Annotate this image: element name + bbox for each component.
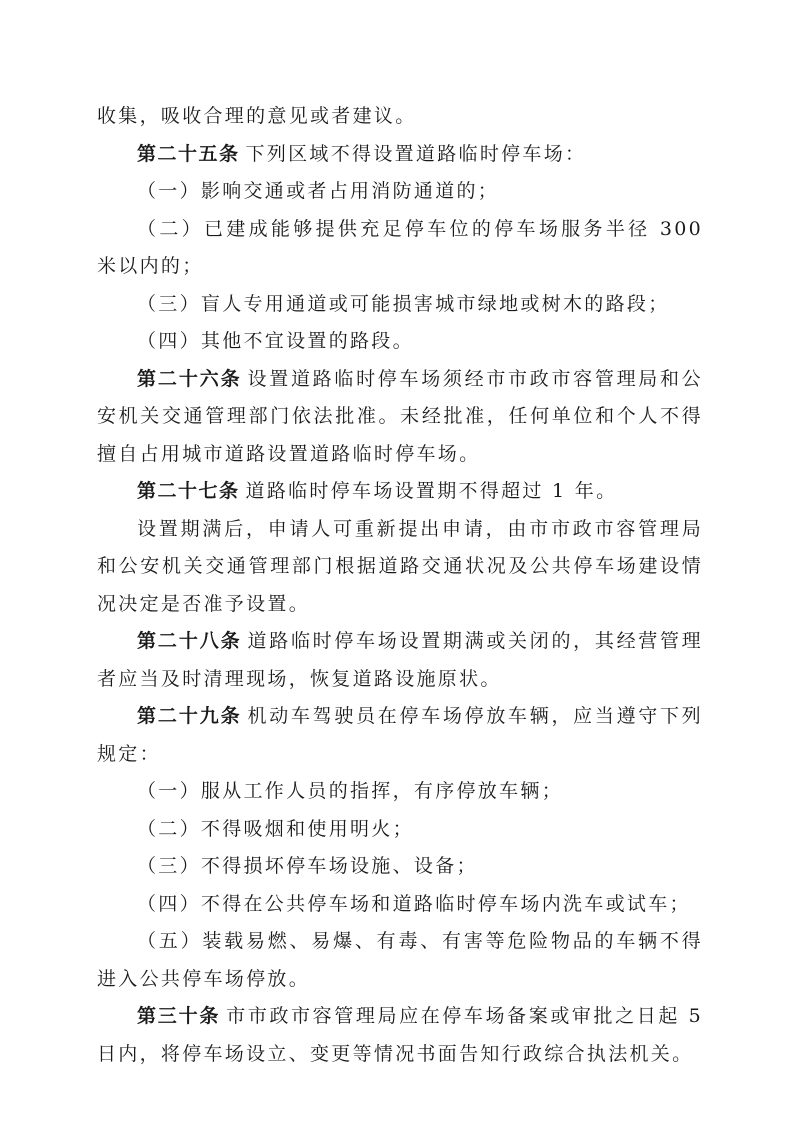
list-item: （四）其他不宜设置的路段。: [97, 323, 703, 361]
article-heading: 第二十六条: [137, 368, 242, 390]
list-item: （一）服从工作人员的指挥，有序停放车辆；: [97, 773, 703, 811]
article-26: 第二十六条设置道路临时停车场须经市市政市容管理局和公安机关交通管理部门依法批准。…: [97, 361, 703, 474]
paragraph: 设置期满后，申请人可重新提出申请，由市市政市容管理局和公安机关交通管理部门根据道…: [97, 511, 703, 624]
paragraph-text: （二）已建成能够提供充足停车位的停车场服务半径 300 米以内的；: [97, 218, 703, 278]
article-29: 第二十九条机动车驾驶员在停车场停放车辆，应当遵守下列规定：: [97, 698, 703, 773]
article-heading: 第三十条: [137, 1005, 220, 1027]
list-item: （二）已建成能够提供充足停车位的停车场服务半径 300 米以内的；: [97, 211, 703, 286]
paragraph-text: （四）其他不宜设置的路段。: [137, 330, 414, 352]
paragraph-text: 收集，吸收合理的意见或者建议。: [97, 105, 417, 127]
list-item: （三）不得损坏停车场设施、设备；: [97, 848, 703, 886]
paragraph-text: （三）不得损坏停车场设施、设备；: [137, 855, 478, 877]
paragraph-text: 设置期满后，申请人可重新提出申请，由市市政市容管理局和公安机关交通管理部门根据道…: [97, 518, 703, 615]
paragraph-text: （五）装载易燃、易爆、有毒、有害等危险物品的车辆不得进入公共停车场停放。: [97, 930, 703, 990]
paragraph: 收集，吸收合理的意见或者建议。: [97, 98, 703, 136]
article-heading: 第二十五条: [137, 143, 240, 165]
list-item: （三）盲人专用通道或可能损害城市绿地或树木的路段；: [97, 286, 703, 324]
article-25: 第二十五条下列区域不得设置道路临时停车场：: [97, 136, 703, 174]
article-heading: 第二十七条: [137, 480, 240, 502]
article-heading: 第二十八条: [137, 630, 242, 652]
article-30: 第三十条市市政市容管理局应在停车场备案或审批之日起 5 日内，将停车场设立、变更…: [97, 998, 703, 1073]
list-item: （二）不得吸烟和使用明火；: [97, 811, 703, 849]
article-heading: 第二十九条: [137, 705, 242, 727]
paragraph-text: （二）不得吸烟和使用明火；: [137, 818, 414, 840]
paragraph-text: 道路临时停车场设置期不得超过 1 年。: [246, 480, 618, 502]
paragraph-text: （四）不得在公共停车场和道路临时停车场内洗车或试车；: [137, 893, 691, 915]
document-page: 收集，吸收合理的意见或者建议。 第二十五条下列区域不得设置道路临时停车场： （一…: [97, 98, 703, 1073]
paragraph-text: 下列区域不得设置道路临时停车场：: [246, 143, 587, 165]
paragraph-text: （一）服从工作人员的指挥，有序停放车辆；: [137, 780, 563, 802]
list-item: （一）影响交通或者占用消防通道的；: [97, 173, 703, 211]
article-27: 第二十七条道路临时停车场设置期不得超过 1 年。: [97, 473, 703, 511]
article-28: 第二十八条道路临时停车场设置期满或关闭的，其经营管理者应当及时清理现场，恢复道路…: [97, 623, 703, 698]
list-item: （四）不得在公共停车场和道路临时停车场内洗车或试车；: [97, 886, 703, 924]
paragraph-text: （三）盲人专用通道或可能损害城市绿地或树木的路段；: [137, 293, 670, 315]
paragraph-text: （一）影响交通或者占用消防通道的；: [137, 180, 499, 202]
list-item: （五）装载易燃、易爆、有毒、有害等危险物品的车辆不得进入公共停车场停放。: [97, 923, 703, 998]
